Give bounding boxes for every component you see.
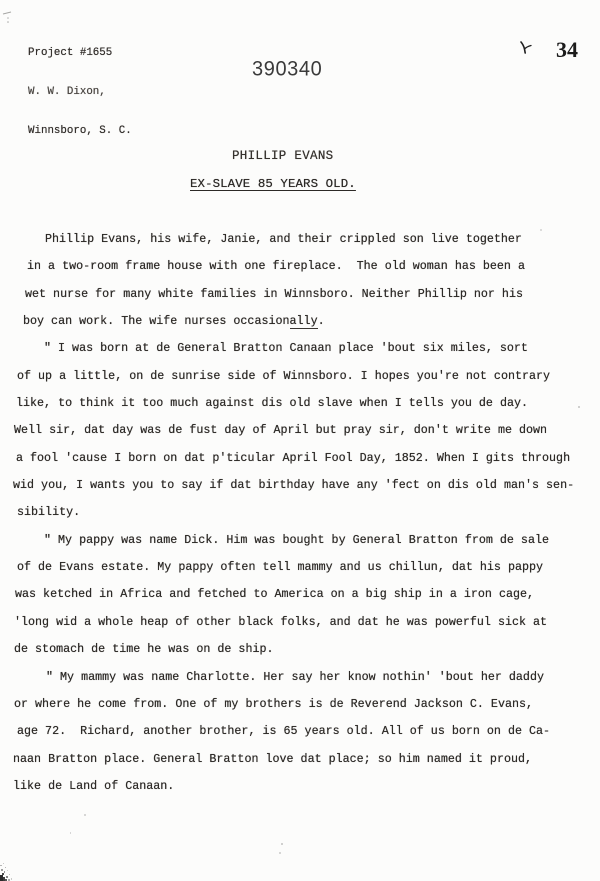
- ink-tick-mark-icon: [519, 41, 534, 57]
- body-line: naan Bratton place. General Bratton love…: [13, 746, 600, 773]
- scan-speck: [84, 814, 86, 816]
- body-line: like, to think it too much against dis o…: [16, 390, 600, 417]
- body-line: " I was born at de General Bratton Canaa…: [16, 335, 600, 362]
- body-line: wid you, I wants you to say if dat birth…: [13, 472, 600, 499]
- body-line: in a two-room frame house with one firep…: [27, 253, 600, 280]
- body-text-segment: 'long wid a whole heap of other black fo…: [14, 615, 547, 629]
- header-location-line: Winnsboro, S. C.: [28, 125, 132, 138]
- scan-smudge-icon: [0, 855, 20, 881]
- scanned-document-page: Project #1655 W. W. Dixon, Winnsboro, S.…: [0, 0, 600, 881]
- body-line: Phillip Evans, his wife, Janie, and thei…: [17, 226, 600, 253]
- header-project-line: Project #1655: [28, 47, 132, 60]
- body-text-segment: .: [318, 314, 325, 328]
- scan-speck: [281, 843, 283, 845]
- document-body: Phillip Evans, his wife, Janie, and thei…: [16, 226, 600, 800]
- document-title: PHILLIP EVANS: [232, 149, 333, 163]
- body-text-segment: de stomach de time he was on de ship.: [14, 642, 274, 656]
- document-subtitle: EX-SLAVE 85 YEARS OLD.: [190, 177, 356, 191]
- scan-speck: [279, 852, 281, 854]
- body-line: " My pappy was name Dick. Him was bought…: [16, 527, 600, 554]
- body-text-segment: was ketched in Africa and fetched to Ame…: [15, 587, 534, 601]
- body-line: of up a little, on de sunrise side of Wi…: [17, 363, 600, 390]
- body-text-segment: wet nurse for many white families in Win…: [25, 287, 523, 301]
- body-text-segment: Well sir, dat day was de fust day of Apr…: [14, 423, 547, 437]
- body-text-segment: in a two-room frame house with one firep…: [27, 259, 525, 273]
- body-text-segment: boy can work. The wife nurses occasion: [23, 314, 290, 328]
- scan-speck: [70, 832, 71, 834]
- body-text-segment: age 72. Richard, another brother, is 65 …: [17, 724, 550, 738]
- body-text-segment: Phillip Evans, his wife, Janie, and thei…: [45, 232, 522, 246]
- scan-speck: [540, 229, 542, 231]
- body-text-segment: " My mammy was name Charlotte. Her say h…: [46, 670, 544, 684]
- body-text-segment: of up a little, on de sunrise side of Wi…: [17, 369, 550, 383]
- body-line: sibility.: [17, 499, 600, 526]
- body-text-segment: wid you, I wants you to say if dat birth…: [13, 478, 574, 492]
- body-text-segment: naan Bratton place. General Bratton love…: [13, 752, 532, 766]
- body-line: of de Evans estate. My pappy often tell …: [17, 554, 600, 581]
- body-text-segment: " I was born at de General Bratton Canaa…: [44, 341, 528, 355]
- body-text-segment: of de Evans estate. My pappy often tell …: [17, 560, 543, 574]
- faint-pencil-marks-icon: [1, 9, 19, 27]
- body-line: was ketched in Africa and fetched to Ame…: [15, 581, 600, 608]
- document-header: Project #1655 W. W. Dixon, Winnsboro, S.…: [28, 21, 132, 164]
- body-line: boy can work. The wife nurses occasional…: [23, 308, 600, 335]
- body-text-segment: " My pappy was name Dick. Him was bought…: [44, 533, 549, 547]
- body-text-segment: a fool 'cause I born on dat p'ticular Ap…: [16, 451, 570, 465]
- body-line: 'long wid a whole heap of other black fo…: [14, 609, 600, 636]
- body-text-segment: like de Land of Canaan.: [13, 779, 174, 793]
- header-author-line: W. W. Dixon,: [28, 86, 132, 99]
- stamp-number: 390340: [252, 57, 322, 81]
- body-line: wet nurse for many white families in Win…: [25, 281, 600, 308]
- page-number: 34: [556, 37, 578, 63]
- body-line: Well sir, dat day was de fust day of Apr…: [14, 417, 600, 444]
- body-line: like de Land of Canaan.: [13, 773, 600, 800]
- scan-speck: [578, 406, 580, 408]
- body-line: or where he come from. One of my brother…: [14, 691, 600, 718]
- body-line: a fool 'cause I born on dat p'ticular Ap…: [16, 445, 600, 472]
- body-line: age 72. Richard, another brother, is 65 …: [17, 718, 600, 745]
- body-line: de stomach de time he was on de ship.: [14, 636, 600, 663]
- body-text-segment: sibility.: [17, 505, 80, 519]
- body-text-segment: like, to think it too much against dis o…: [16, 396, 528, 410]
- body-text-underlined-segment: ally: [290, 314, 318, 329]
- body-line: " My mammy was name Charlotte. Her say h…: [18, 664, 600, 691]
- body-text-segment: or where he come from. One of my brother…: [14, 697, 533, 711]
